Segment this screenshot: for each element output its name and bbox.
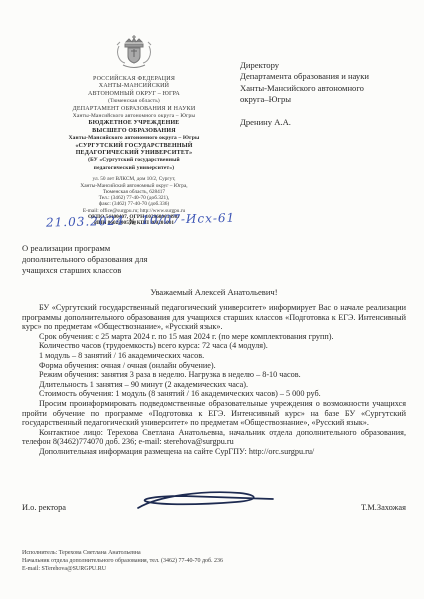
body-paragraph: Просим проинформировать подведомственные…: [22, 399, 406, 428]
letter-body: БУ «Сургутский государственный педагогич…: [22, 303, 406, 457]
letterhead: РОССИЙСКАЯ ФЕДЕРАЦИЯ ХАНТЫ-МАНСИЙСКИЙ АВ…: [34, 34, 234, 227]
coat-of-arms-icon: [111, 34, 157, 72]
addressee-line: округа–Югры: [240, 94, 412, 105]
addressee-line: Ханты-Мансийского автономного: [240, 83, 412, 94]
executor-block: Исполнитель: Терехова Светлана Анатольев…: [22, 549, 406, 574]
signature-row: И.о. ректора Т.М.Захожая: [22, 503, 406, 512]
letterhead-line: БЮДЖЕТНОЕ УЧРЕЖДЕНИЕ: [34, 120, 234, 127]
university-name-line: «СУРГУТСКИЙ ГОСУДАРСТВЕННЫЙ: [34, 143, 234, 150]
subject-line: учащихся старших классов: [22, 265, 222, 276]
body-paragraph: 1 модуль – 8 занятий / 16 академических …: [22, 351, 406, 361]
subject-line: О реализации программ: [22, 243, 222, 254]
number-sign: №: [129, 217, 138, 226]
contact-person-paragraph: Контактное лицо: Терехова Светлана Анато…: [22, 428, 406, 447]
letterhead-line: педагогический университет»): [34, 165, 234, 172]
letterhead-line: ДЕПАРТАМЕНТ ОБРАЗОВАНИЯ И НАУКИ: [34, 106, 234, 113]
signer-position: И.о. ректора: [22, 503, 66, 512]
signer-name: Т.М.Захожая: [361, 503, 406, 512]
addressee-line: Департамента образования и науки: [240, 71, 412, 82]
website-info-paragraph: Дополнительная информация размещена на с…: [22, 447, 406, 457]
body-paragraph: Стоимость обучения: 1 модуль (8 занятий …: [22, 389, 406, 399]
body-paragraph: Длительность 1 занятия – 90 минут (2 ака…: [22, 380, 406, 390]
letterhead-line: (БУ «Сургутский государственный: [34, 157, 234, 164]
body-paragraph: Режим обучения: занятия 3 раза в неделю.…: [22, 370, 406, 380]
body-paragraph: Форма обучения: очная / очная (онлайн об…: [22, 361, 406, 371]
body-paragraph: Срок обучения: с 25 марта 2024 г. по 15 …: [22, 332, 406, 342]
executor-phone-line: Начальник отдела дополнительного образов…: [22, 557, 406, 565]
letterhead-line: (Тюменская область): [34, 98, 234, 105]
handwritten-date: 21.03.2024: [46, 214, 125, 230]
letterhead-line: Ханты-Мансийского автономного округа – Ю…: [34, 135, 234, 142]
executor-name-line: Исполнитель: Терехова Светлана Анатольев…: [22, 549, 406, 557]
addressee-block: Директору Департамента образования и нау…: [240, 60, 412, 128]
body-paragraph: Количество часов (трудоемкость) всего ку…: [22, 341, 406, 351]
executor-email-line: E-mail: STerehova@SURGPU.RU: [22, 565, 406, 573]
scanned-letter-page: РОССИЙСКАЯ ФЕДЕРАЦИЯ ХАНТЫ-МАНСИЙСКИЙ АВ…: [0, 0, 424, 599]
addressee-name: Дренину А.А.: [240, 117, 412, 128]
handwritten-outgoing-number: 10/07-Исх-61: [141, 211, 235, 227]
addressee-line: Директору: [240, 60, 412, 71]
letterhead-line: Ханты-Мансийского автономного округа – Ю…: [34, 113, 234, 120]
letterhead-line: ХАНТЫ-МАНСИЙСКИЙ: [34, 83, 234, 90]
salutation: Уважаемый Алексей Анатольевич!: [22, 287, 406, 297]
subject-line: дополнительного образования для: [22, 254, 222, 265]
subject-block: О реализации программ дополнительного об…: [22, 243, 222, 276]
body-paragraph: БУ «Сургутский государственный педагогич…: [22, 303, 406, 332]
